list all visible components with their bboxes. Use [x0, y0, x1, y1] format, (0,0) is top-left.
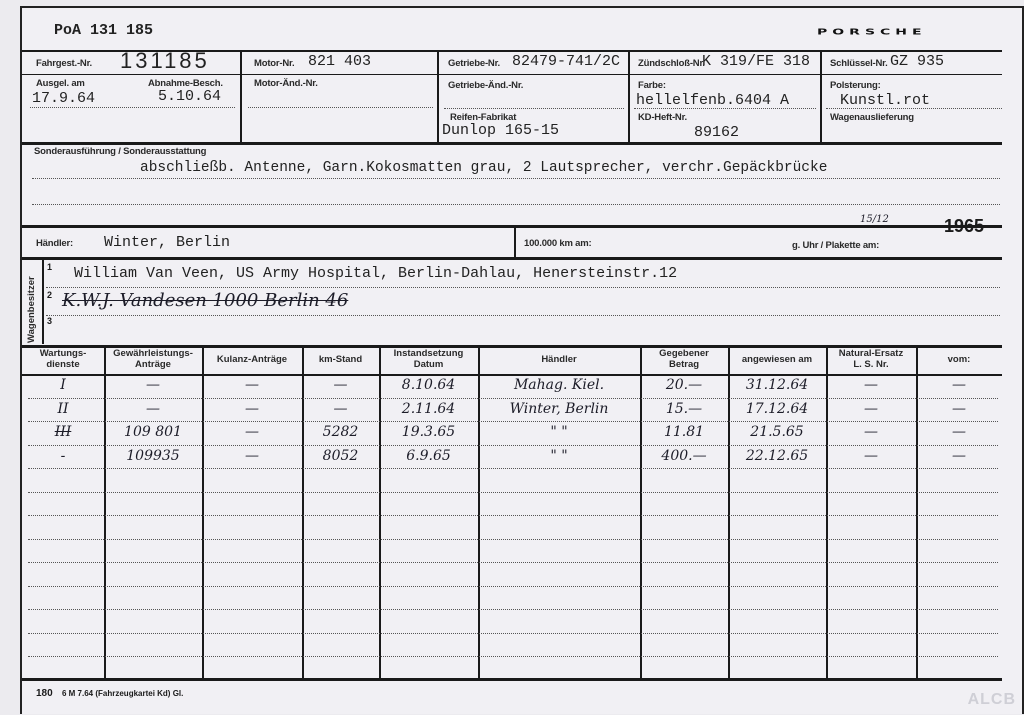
table-cell: —: [826, 377, 916, 393]
kd-label: KD-Heft-Nr.: [638, 112, 687, 123]
clock-label: g. Uhr / Plakette am:: [792, 240, 879, 251]
table-cell: —: [826, 448, 916, 464]
engine-value: 821 403: [308, 53, 371, 70]
gearbox-change-label: Getriebe-Änd.-Nr.: [448, 80, 523, 91]
vehicle-record-card: PoA 131 185 PORSCHE Fahrgest.-Nr. 131185…: [20, 6, 1024, 714]
column-header: Wartungs-dienste: [22, 348, 104, 370]
table-cell: 2.11.64: [379, 401, 478, 417]
options-value: abschließb. Antenne, Garn.Kokosmatten gr…: [140, 160, 827, 176]
clock-value: 1965: [944, 216, 984, 237]
table-cell: 8.10.64: [379, 377, 478, 393]
column-header: GegebenerBetrag: [640, 348, 728, 370]
print-info: 6 M 7.64 (Fahrzeugkartei Kd) Gl.: [62, 689, 183, 698]
table-cell: —: [826, 424, 916, 440]
table-cell: 400.—: [640, 448, 728, 464]
table-cell: " ": [478, 448, 640, 464]
owner-entry: K.W.J. Vandesen 1000 Berlin 46: [62, 290, 348, 311]
table-cell: —: [104, 401, 202, 417]
table-cell: -: [22, 448, 104, 464]
column-header: Gewährleistungs-Anträge: [104, 348, 202, 370]
table-cell: " ": [478, 424, 640, 440]
color-value: hellelfenb.6404 A: [636, 92, 789, 109]
table-cell: 21.5.65: [728, 424, 826, 440]
watermark-logo: ALCB: [968, 691, 1016, 709]
table-cell: 31.12.64: [728, 377, 826, 393]
column-header: angewiesen am: [728, 354, 826, 365]
kd-value: 89162: [694, 124, 739, 141]
porsche-logo: PORSCHE: [817, 28, 927, 37]
upholstery-value: Kunstl.rot: [840, 92, 930, 109]
table-cell: —: [202, 401, 302, 417]
key-label: Schlüssel-Nr.: [830, 58, 888, 69]
table-cell: —: [302, 377, 379, 393]
upholstery-label: Polsterung:: [830, 80, 881, 91]
card-number: PoA 131 185: [54, 22, 153, 39]
table-cell: 8052: [302, 448, 379, 464]
table-cell: 6.9.65: [379, 448, 478, 464]
column-header: InstandsetzungDatum: [379, 348, 478, 370]
ignition-label: Zündschloß-Nr.: [638, 58, 705, 69]
options-label: Sonderausführung / Sonderausstattung: [34, 146, 206, 157]
column-header: Händler: [478, 354, 640, 365]
table-cell: —: [916, 448, 1002, 464]
column-header: km-Stand: [302, 354, 379, 365]
engine-label: Motor-Nr.: [254, 58, 294, 69]
delivered-label: Ausgel. am: [36, 78, 85, 89]
table-cell: 20.—: [640, 377, 728, 393]
column-header: Natural-ErsatzL. S. Nr.: [826, 348, 916, 370]
table-cell: —: [202, 424, 302, 440]
owner-number: 3: [47, 316, 52, 326]
print-code: 180: [36, 688, 53, 699]
table-cell: 17.12.64: [728, 401, 826, 417]
table-cell: 109935: [104, 448, 202, 464]
tire-value: Dunlop 165-15: [442, 122, 559, 139]
key-value: GZ 935: [890, 53, 944, 70]
chassis-label: Fahrgest.-Nr.: [36, 58, 92, 69]
table-cell: —: [826, 401, 916, 417]
column-header: vom:: [916, 354, 1002, 365]
table-cell: II: [22, 401, 104, 417]
table-cell: III: [22, 424, 104, 440]
table-cell: 22.12.65: [728, 448, 826, 464]
gearbox-label: Getriebe-Nr.: [448, 58, 500, 69]
delivered-value: 17.9.64: [32, 90, 95, 107]
chassis-value: 131185: [120, 48, 210, 74]
column-header: Kulanz-Anträge: [202, 354, 302, 365]
table-cell: —: [916, 377, 1002, 393]
ignition-value: K 319/FE 318: [702, 53, 810, 70]
delivery-label: Wagenauslieferung: [830, 112, 914, 123]
owner-entry: William Van Veen, US Army Hospital, Berl…: [74, 265, 677, 282]
table-cell: —: [202, 377, 302, 393]
engine-change-label: Motor-Änd.-Nr.: [254, 78, 318, 89]
table-cell: 11.81: [640, 424, 728, 440]
table-cell: —: [302, 401, 379, 417]
table-cell: —: [104, 377, 202, 393]
acceptance-value: 5.10.64: [158, 88, 221, 105]
owner-number: 2: [47, 290, 52, 300]
dealer-value: Winter, Berlin: [104, 234, 230, 251]
gearbox-value: 82479-741/2C: [512, 53, 620, 70]
owners-label: Wagenbesitzer: [26, 276, 37, 343]
table-cell: Winter, Berlin: [478, 401, 640, 417]
dealer-label: Händler:: [36, 238, 73, 249]
clock-note: 15/12: [860, 214, 889, 225]
table-cell: —: [202, 448, 302, 464]
table-cell: 109 801: [104, 424, 202, 440]
table-cell: 15.—: [640, 401, 728, 417]
table-cell: —: [916, 424, 1002, 440]
km-label: 100.000 km am:: [524, 238, 591, 249]
color-label: Farbe:: [638, 80, 666, 91]
table-cell: 19.3.65: [379, 424, 478, 440]
table-cell: —: [916, 401, 1002, 417]
table-cell: Mahag. Kiel.: [478, 377, 640, 393]
table-cell: I: [22, 377, 104, 393]
table-cell: 5282: [302, 424, 379, 440]
owner-number: 1: [47, 262, 52, 272]
